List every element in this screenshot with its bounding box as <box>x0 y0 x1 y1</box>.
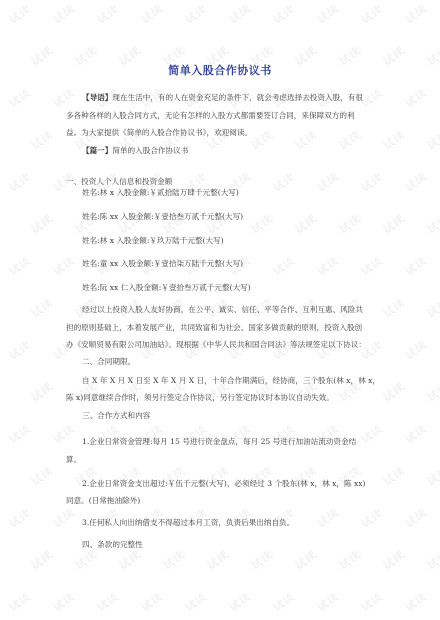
part1-paragraph-line-1: 经过以上投资入股人友好协商，在公平、诚实、信任、平等合作、互利互惠、风险共 <box>82 305 363 314</box>
part2-heading: 二、合同期限。 <box>82 357 135 366</box>
document-title: 简单入股合作协议书 <box>0 62 440 78</box>
investor-2: 姓名:陈 xx 入股金额:￥壹拾叁万贰千元整(大写) <box>82 212 243 221</box>
intro-line-2: 多各种各样的入股合同方式，无论有怎样的入股方式都需要签订合同，来保障双方的利 <box>66 111 355 120</box>
investor-5: 姓名:阮 xx 仁入股金额:￥壹拾叁万贰千元整(大写) <box>82 283 251 292</box>
part4-heading: 四、条款的完整性 <box>82 540 143 549</box>
part1-paragraph-line-2: 担的原则基础上，本着发展产业，共同致富和为社会、国家多做贡献的原则，投资入股创 <box>66 323 362 332</box>
intro-line-1: 【导语】现在生活中，有的人在资金充足的条件下，就会考虑选择去投资入股，有很 <box>82 93 363 102</box>
investor-3: 姓名:林 x 入股金额:￥玖万陆千元整(大写) <box>82 236 224 245</box>
part3-heading: 三、合作方式和内容 <box>82 411 150 420</box>
part3-item2-line-2: 同意。(日常拖油除外) <box>66 496 140 505</box>
investor-1: 姓名:林 x 入股金额:￥贰拾陆万肆千元整(大写) <box>82 188 239 197</box>
part3-item2-line-1: 2.企业日常资金支出超过:￥伍千元整(大写)，必须经过 3 个股东(林 x，林 … <box>82 479 366 488</box>
intro-label: 【导语】 <box>82 93 112 102</box>
part1-heading: 一、投资人个人信息和投资金额 <box>66 177 172 186</box>
part3-item3: 3.任何私人向出纳借支不得超过本月工资，负责后果出纳自负。 <box>82 518 294 527</box>
section-header: 【篇一】简单的入股合作协议书 <box>82 146 188 155</box>
intro-line-3: 益。为大家提供《简单的入股合作协议书》，欢迎阅读。 <box>66 128 252 137</box>
investor-4: 姓名:童 xx 入股金额:￥壹拾柒万陆千元整(大写) <box>82 259 243 268</box>
document-page: 简单入股合作协议书 【导语】现在生活中，有的人在资金充足的条件下，就会考虑选择去… <box>0 0 440 620</box>
part3-item1-line-1: 1.企业日常资金管理:每月 15 号进行资金盘点，每月 25 号进行加油站流动资… <box>82 437 356 446</box>
part2-line-2: 陈 x)同意继续合作时，须另行签定合作协议，另行签定协议时本协议自动失效。 <box>66 393 334 402</box>
part1-paragraph-line-3: 办《安顺贸易有限公司加油站》。现根据《中华人民共和国合同法》等法规签定以下协议： <box>66 340 366 349</box>
part3-item1-line-2: 算。 <box>66 455 81 464</box>
part2-line-1: 自 X 年 X 月 X 日至 X 年 X 月 X 日，十年合作期满后，经协商，三… <box>82 376 380 385</box>
